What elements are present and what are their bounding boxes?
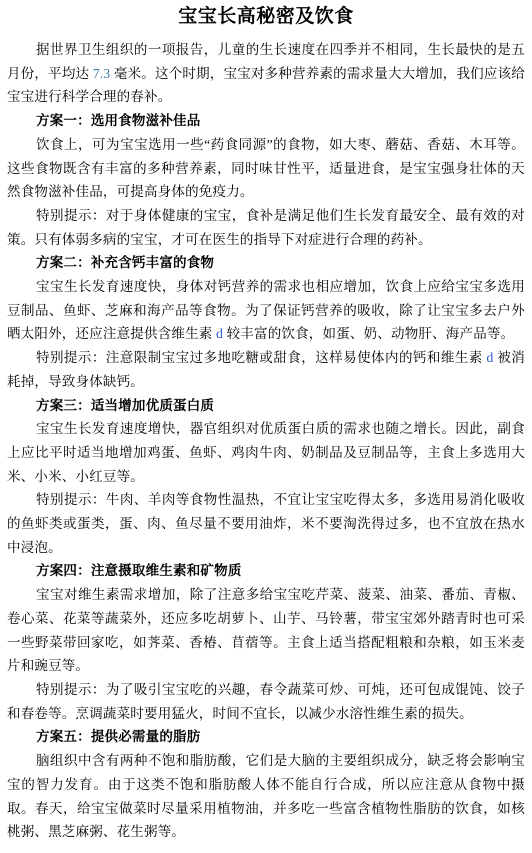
doc-title: 宝宝长高秘密及饮食 bbox=[7, 4, 525, 30]
section3-tip: 特别提示：牛肉、羊肉等食物性温热，不宜让宝宝吃得太多，多选用易消化吸收的鱼虾类或… bbox=[7, 488, 525, 559]
section2-tip: 特别提示：注意限制宝宝过多地吃糖或甜食，这样易使体内的钙和维生素 d 被消耗掉，… bbox=[7, 346, 525, 393]
document-page: 宝宝长高秘密及饮食 据世界卫生组织的一项报告，儿童的生长速度在四季并不相同，生长… bbox=[0, 0, 532, 853]
intro-paragraph: 据世界卫生组织的一项报告，儿童的生长速度在四季并不相同，生长最快的是五月份，平均… bbox=[7, 38, 525, 109]
section1-body: 饮食上，可为宝宝选用一些“药食同源”的食物，如大枣、蘑菇、香菇、木耳等。这些食物… bbox=[7, 133, 525, 204]
vitamin-d-highlight: d bbox=[216, 326, 223, 341]
section2-heading: 方案二：补充含钙丰富的食物 bbox=[7, 251, 525, 275]
section2-tip-pre: 特别提示：注意限制宝宝过多地吃糖或甜食，这样易使体内的钙和维生素 bbox=[36, 350, 487, 365]
section3-heading: 方案三：适当增加优质蛋白质 bbox=[7, 394, 525, 418]
section5-heading: 方案五：提供必需量的脂肪 bbox=[7, 725, 525, 749]
growth-rate-value: 7.3 bbox=[93, 66, 110, 81]
section1-heading: 方案一：选用食物滋补佳品 bbox=[7, 109, 525, 133]
section3-body: 宝宝生长发育速度增快，器官组织对优质蛋白质的需求也随之增长。因此，副食上应比平时… bbox=[7, 417, 525, 488]
section4-heading: 方案四：注意摄取维生素和矿物质 bbox=[7, 559, 525, 583]
section1-tip: 特别提示：对于身体健康的宝宝，食补是满足他们生长发育最安全、最有效的对策。只有体… bbox=[7, 204, 525, 251]
vitamin-d-highlight: d bbox=[487, 350, 494, 365]
section2-body: 宝宝生长发育速度快，身体对钙营养的需求也相应增加，饮食上应给宝宝多选用豆制品、鱼… bbox=[7, 275, 525, 346]
section2-body-post: 较丰富的饮食，如蛋、奶、动物肝、海产品等。 bbox=[223, 326, 514, 341]
section4-tip: 特别提示：为了吸引宝宝吃的兴趣，春令蔬菜可炒、可炖，还可包成馄饨、饺子和春卷等。… bbox=[7, 678, 525, 725]
section4-body: 宝宝对维生素需求增加，除了注意多给宝宝吃芹菜、菠菜、油菜、番茄、青椒、卷心菜、花… bbox=[7, 583, 525, 678]
section5-body: 脑组织中含有两种不饱和脂肪酸，它们是大脑的主要组织成分，缺乏将会影响宝宝的智力发… bbox=[7, 749, 525, 844]
